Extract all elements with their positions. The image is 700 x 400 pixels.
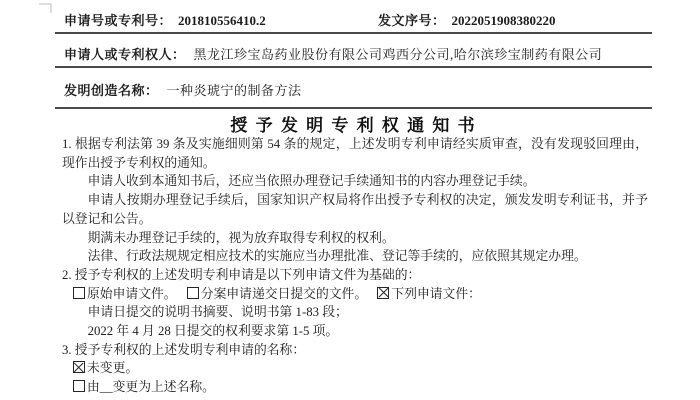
applicant-label: 申请人或专利权人： [64, 47, 186, 62]
option-original-files: 原始申请文件。 [73, 287, 177, 301]
checkbox-following-files-icon [377, 287, 389, 299]
header-divider-2 [55, 66, 652, 68]
scan-corner-artifact [39, 3, 52, 13]
invention-name-value: 一种炎琥宁的制备方法 [167, 83, 302, 98]
item3-option-changed-row: 由__变更为上述名称。 [62, 378, 648, 397]
option-name-changed-label: 由__变更为上述名称。 [87, 380, 215, 394]
option-divisional-files-label: 分案申请递交日提交的文件。 [201, 287, 367, 301]
option-following-files-label: 下列申请文件： [391, 287, 481, 301]
item2-options-row: 原始申请文件。 分案申请递交日提交的文件。 下列申请文件： [62, 285, 648, 304]
checkbox-name-unchanged-icon [73, 361, 85, 373]
applicant-value: 黑龙江珍宝岛药业股份有限公司鸡西分公司,哈尔滨珍宝制药有限公司 [194, 47, 603, 62]
header-divider-3 [55, 107, 652, 109]
paragraph-item1: 1. 根据专利法第 39 条及实施细则第 54 条的规定，上述发明专利申请经实质… [62, 135, 648, 172]
paragraph-certificate: 申请人按期办理登记手续后，国家知识产权局将作出授予专利权的决定，颁发发明专利证书… [62, 191, 648, 228]
header-row-applicant: 申请人或专利权人：黑龙江珍宝岛药业股份有限公司鸡西分公司,哈尔滨珍宝制药有限公司 [64, 44, 650, 63]
paragraph-item3: 3. 授予专利权的上述发明专利申请的名称： [62, 341, 648, 360]
application-number-label: 申请号或专利号： [64, 13, 172, 28]
invention-name-label: 发明创造名称： [64, 83, 159, 98]
application-number-value: 201810556410.2 [178, 13, 266, 28]
file-basis-line2: 2022 年 4 月 28 日提交的权利要求第 1-5 项。 [62, 322, 648, 341]
application-number-field: 申请号或专利号：201810556410.2 [64, 13, 266, 28]
checkbox-original-files-icon [73, 287, 85, 299]
option-original-files-label: 原始申请文件。 [87, 287, 177, 301]
document-title: 授 予 发 明 专 利 权 通 知 书 [55, 111, 652, 136]
serial-number-label: 发文序号： [378, 13, 446, 28]
item3-option-unchanged-row: 未变更。 [62, 359, 648, 378]
paragraph-registration: 申请人收到本通知书后，还应当依照办理登记手续通知书的内容办理登记手续。 [62, 172, 648, 191]
serial-number-field: 发文序号：2022051908380220 [378, 10, 556, 29]
paragraph-regulations: 法律、行政法规规定相应技术的实施应当办理批准、登记等手续的，应依照其规定办理。 [62, 247, 648, 266]
header-row-numbers: 申请号或专利号：201810556410.2 发文序号：202205190838… [64, 10, 650, 29]
header-divider-1 [55, 32, 652, 34]
paragraph-expiry: 期满未办理登记手续的，视为放弃取得专利权的权利。 [62, 229, 648, 248]
paragraph-item2: 2. 授予专利权的上述发明专利申请是以下列申请文件为基础的： [62, 266, 648, 285]
header-row-invention: 发明创造名称：一种炎琥宁的制备方法 [64, 80, 650, 99]
patent-grant-notice-document: 申请号或专利号：201810556410.2 发文序号：202205190838… [0, 0, 700, 400]
checkbox-name-changed-icon [73, 380, 85, 392]
checkbox-divisional-files-icon [187, 287, 199, 299]
option-following-files: 下列申请文件： [377, 287, 481, 301]
file-basis-line1: 申请日提交的说明书摘要、说明书第 1-83 段； [62, 303, 648, 322]
document-body: 1. 根据专利法第 39 条及实施细则第 54 条的规定，上述发明专利申请经实质… [62, 135, 648, 397]
option-divisional-files: 分案申请递交日提交的文件。 [187, 287, 367, 301]
option-name-unchanged-label: 未变更。 [87, 361, 138, 375]
serial-number-value: 2022051908380220 [452, 13, 556, 28]
option-name-changed: 由__变更为上述名称。 [73, 380, 215, 394]
option-name-unchanged: 未变更。 [73, 361, 138, 375]
